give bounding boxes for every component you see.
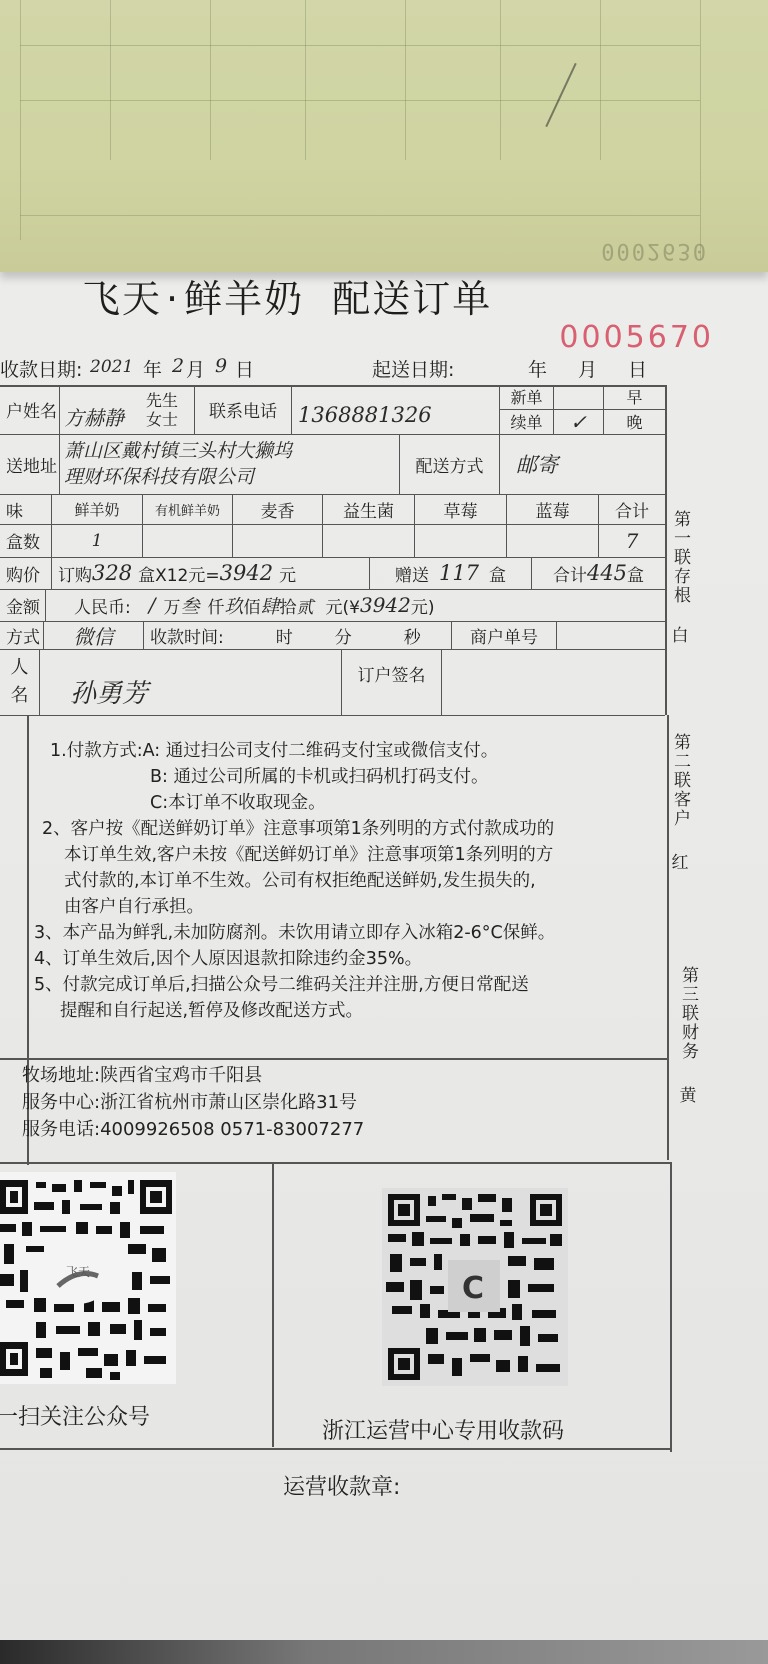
copy-1-label: 第一联存根 [668,510,692,605]
note-line: 提醒和自行起送,暂停及修改配送方式。 [22,998,667,1024]
left-qr-caption: 扫一扫关注公众号 [0,1400,150,1431]
flavor-col-4: 草莓 [415,494,507,524]
payment-method-field[interactable]: 微信 [44,621,144,649]
morning-option[interactable]: 早 [604,385,665,410]
order-amount: 3942 [220,561,273,585]
customer-name-value: 方赫静 [60,402,124,431]
gift-label: 赠送 [395,561,429,586]
copy-label-3: 第三联财务 黄 [676,966,700,1108]
phone-value: 1368881326 [298,403,432,427]
amount-label: 金额 [0,589,46,621]
brand-name: 飞天 [82,277,162,321]
address-row: 送地址 萧山区戴村镇三头村大獭坞 理财环保科技有限公司 配送方式 邮寄 [0,434,665,495]
agent-signature-field[interactable]: 孙勇芳 [40,649,342,715]
shi-value: 肆 [261,592,280,619]
start-month-label: 月 [578,355,597,382]
total-boxes-field[interactable]: 合计 445 盒 [532,557,665,589]
copy-label-1: 第一联存根 白 [668,510,692,648]
start-year-label: 年 [528,355,547,382]
second-label: 秒 [404,623,421,648]
table-right-border [665,385,667,715]
qr-right-border [670,1162,672,1452]
form-name: 配送订单 [332,277,492,321]
box-count-label: 盒数 [0,524,52,557]
copy-label-2: 第二联客户 红 [668,733,692,875]
delivery-method-field[interactable]: 邮寄 [500,434,665,494]
title-dot: · [166,277,180,321]
receipt-month: 2 [172,355,184,377]
phone-label: 联系电话 [195,385,292,434]
payment-method-value: 微信 [74,621,114,649]
rmb-label: 人民币: [74,593,131,618]
total-qty: 445 [587,561,627,585]
month-label: 月 [186,355,205,382]
delivery-method-label: 配送方式 [400,434,500,494]
yuan-paren-label: 元(¥ [326,593,360,618]
farm-address: 牧场地址:陕西省宝鸡市千阳县 [22,1062,682,1089]
day-label: 日 [235,355,254,382]
box-count-1[interactable] [143,524,233,557]
background-surface [0,1640,768,1664]
company-info: 牧场地址:陕西省宝鸡市千阳县 服务中心:浙江省杭州市萧山区崇化路31号 服务电话… [22,1062,682,1162]
renew-order-label: 续单 [510,410,542,434]
note-line: 由客户自行承担。 [22,894,667,920]
signature-row: 人 名 孙勇芳 订户签名 [0,649,665,716]
address-field[interactable]: 萧山区戴村镇三头村大獭坞 理财环保科技有限公司 [60,434,400,494]
note-line: 4、订单生效后,因个人原因退款扣除违约金35%。 [22,946,667,972]
gift-qty: 117 [439,561,479,585]
box-count-0[interactable]: 1 [52,524,143,557]
copy-2-color: 红 [668,851,692,875]
yuan-value: 贰 [297,593,314,618]
payment-time-field[interactable]: 收款时间: 时 分 秒 [144,621,452,649]
agent-label-1: 人 [11,654,29,682]
flavor-col-total: 合计 [599,494,665,524]
wan-value: / [149,593,156,617]
salutation-options[interactable]: 先生 女士 [130,385,195,434]
qr-code-icon: C [382,1188,568,1386]
left-qr-caption-text: 扫一扫关注公众号 [0,1400,150,1431]
yellow-carbon-copy: 0002630 [0,0,768,272]
copy-2-label: 第二联客户 [668,733,692,828]
minute-label: 分 [335,623,352,648]
gift-field[interactable]: 赠送 117 盒 [370,557,532,589]
svg-text:C: C [462,1271,484,1306]
info-bottom-divider [0,1162,672,1164]
box-count-2[interactable] [233,524,323,557]
box-count-3[interactable] [323,524,415,557]
merchant-no-label: 商户单号 [452,621,557,649]
qian-label: 仟 [208,593,225,618]
order-label: 订购 [58,561,92,586]
page-title: 飞天·鲜羊奶 配送订单 [0,268,768,323]
product-name: 鲜羊奶 [184,277,304,321]
flavor-row-label: 味 [0,494,52,524]
table-top-border [0,385,665,387]
agent-signature: 孙勇芳 [70,673,148,710]
copy-1-color: 白 [668,624,692,648]
bai-label: 佰 [244,593,261,618]
address-line-1: 萧山区戴村镇三头村大獭坞 [64,438,292,464]
right-qr-caption: 浙江运营中心专用收款码 [322,1414,564,1445]
phone-field[interactable]: 1368881326 [292,385,500,434]
copy-3-label: 第三联财务 [676,966,700,1061]
unit-price-text: 盒X12元= [138,561,220,586]
flavor-col-5: 蓝莓 [507,494,599,524]
flavor-col-0: 鲜羊奶 [52,494,143,524]
address-label: 送地址 [0,434,60,494]
payment-row: 方式 微信 收款时间: 时 分 秒 商户单号 [0,621,665,650]
salutation-mr[interactable]: 先生 [146,391,178,410]
numeric-suffix: 元) [411,593,435,618]
note-line: 本订单生效,客户未按《配送鲜奶订单》注意事项第1条列明的方 [22,842,667,868]
new-order-checkbox[interactable] [554,385,603,410]
renew-order-checkbox[interactable]: ✓ [570,410,587,434]
gift-unit: 盒 [489,561,506,586]
payment-label: 方式 [0,621,44,649]
flavor-col-2: 麦香 [233,494,323,524]
svg-text:飞天: 飞天 [66,1265,90,1279]
agent-label-2: 名 [11,682,29,710]
amount-row: 金额 人民币: / 万 叁 仟 玖 佰 肆 拾 贰 元(¥ 3942 元) [0,589,665,622]
evening-option[interactable]: 晚 [626,410,642,434]
flavor-header-row: 味 鲜羊奶 有机鲜羊奶 麦香 益生菌 草莓 蓝莓 合计 [0,494,665,525]
note-line: C:本订单不收取现金。 [22,790,667,816]
customer-signature-field[interactable] [442,649,665,715]
order-type-checkboxes[interactable]: ✓ [554,385,604,434]
note-line: 3、本产品为鲜乳,未加防腐剂。未饮用请立即存入冰箱2-6°C保鲜。 [22,920,667,946]
note-line: 1.付款方式:A: 通过扫公司支付二维码支付宝或微信支付。 [22,738,667,764]
total-label: 合计 [553,561,587,586]
yuan-label: 元 [279,561,296,586]
delivery-method-value: 邮寄 [516,449,558,479]
box-count-row: 盒数 1 7 [0,524,665,558]
customer-sign-label: 订户签名 [342,649,442,715]
flavor-col-1: 有机鲜羊奶 [143,494,233,524]
note-line: 式付款的,本订单不生效。公司有权拒绝配送鲜奶,发生损失的, [22,868,667,894]
shi-label: 拾 [280,593,297,618]
order-qty: 328 [92,561,132,585]
numeric-amount: 3942 [360,593,411,617]
qr-divider [272,1162,274,1447]
wechat-official-account-qr: 飞天 [0,1172,176,1384]
note-line: 5、付款完成订单后,扫描公众号二维码关注并注册,方便日常配送 [22,972,667,998]
start-date-label: 起送日期: [372,355,454,382]
payment-time-label: 收款时间: [150,623,224,648]
merchant-no-field[interactable] [557,621,665,649]
year-label: 年 [143,355,162,382]
serial-number: 0005670 [559,320,714,355]
back-sheet-serial: 0002630 [601,238,708,263]
payment-stamp-label: 运营收款章: [283,1470,400,1501]
receipt-year: 2021 [90,357,133,377]
bai-value: 玖 [225,592,244,619]
customer-name-row: 户姓名 方赫静 先生 女士 联系电话 1368881326 新单 续单 ✓ 早 … [0,385,665,435]
purchase-label: 购价 [0,557,52,589]
start-day-label: 日 [628,355,647,382]
hour-label: 时 [276,623,293,648]
total-unit: 盒 [627,561,644,586]
agent-label: 人 名 [0,649,40,715]
note-line: 2、客户按《配送鲜奶订单》注意事项第1条列明的方式付款成功的 [22,816,667,842]
box-count-5[interactable] [507,524,599,557]
pen-mark [545,63,576,127]
service-phone: 服务电话:4009926508 0571-83007277 [22,1116,682,1143]
receipt-date-label: 收款日期: [0,355,82,382]
amount-field[interactable]: 人民币: / 万 叁 仟 玖 佰 肆 拾 贰 元(¥ 3942 元) [46,589,665,621]
address-line-2: 理财环保科技有限公司 [64,464,254,490]
date-line: 收款日期: 2021 年 2 月 9 日 起送日期: 年 月 日 [0,355,720,385]
customer-name-label: 户姓名 [0,385,60,434]
order-type-labels: 新单 续单 [500,385,554,434]
qr-bottom-divider [0,1448,672,1450]
new-order-label: 新单 [500,385,553,410]
wan-label: 万 [163,593,180,618]
box-count-4[interactable] [415,524,507,557]
copy-3-color: 黄 [676,1084,700,1108]
flavor-col-3: 益生菌 [323,494,415,524]
payment-qr: C [382,1188,568,1386]
receipt-day: 9 [215,355,227,377]
note-line: B: 通过公司所属的卡机或扫码机打码支付。 [22,764,667,790]
purchase-order-field[interactable]: 订购 328 盒X12元= 3942 元 [52,557,370,589]
qr-code-icon: 飞天 [0,1172,176,1384]
service-center-address: 服务中心:浙江省杭州市萧山区崇化路31号 [22,1089,682,1116]
notes-bottom-divider [0,1058,668,1060]
salutation-ms[interactable]: 女士 [146,410,178,429]
terms-notes: 1.付款方式:A: 通过扫公司支付二维码支付宝或微信支付。 B: 通过公司所属的… [22,720,667,1060]
delivery-time-options[interactable]: 早 晚 [604,385,665,434]
qian-value: 叁 [180,592,199,619]
box-count-total[interactable]: 7 [599,524,665,557]
purchase-row: 购价 订购 328 盒X12元= 3942 元 赠送 117 盒 合计 445 … [0,557,665,590]
